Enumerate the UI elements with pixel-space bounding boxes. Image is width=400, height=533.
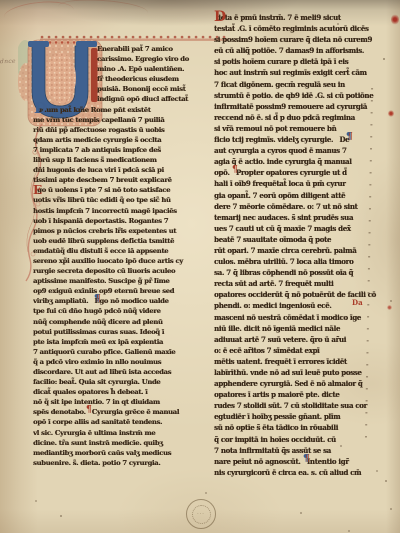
text-line: hostis impfcm̄ 7 incorrectū magē ipaciēs — [33, 206, 206, 216]
text-line: op9 exiguū exīniis op9 eternū breue sed — [33, 286, 206, 296]
text-line: go ū uolens ī pte 7 si nō toto satisface — [33, 185, 206, 195]
text-line: subuenire. s̃. dieta. potio 7 cyrurgia. — [33, 458, 206, 468]
manuscript-page: Enerabili pat̃ 7 amicocarissimo. Egregio… — [0, 0, 400, 533]
text-line: gia opant̃. 7 eorū opōm diligent attē — [214, 190, 393, 201]
text-line: q̃ a pdcō viro eximio in nllo nouimus — [33, 357, 206, 367]
text-line: puisiā. Bononij eccē mist̃ — [97, 84, 206, 94]
text-line: strumtū ē potio. de qb9 idē .G. si cū po… — [214, 90, 393, 101]
text-line: librū sup li faciens s̃ medicationem — [33, 155, 206, 165]
text-line: viribʒ ampliatū. Ego nō modico ualde — [33, 296, 206, 306]
text-line: 7 ficat digōnem. gecm̄ regulā seu in — [214, 79, 393, 90]
text-line: 7 antiquorū curabo pfice. Galienū maxīe — [33, 347, 206, 357]
text-line: sereno xp̃i auxilio iuocato ipō duce art… — [33, 256, 206, 266]
text-line: opatores occiderūt q̃ nō potuērūt de fac… — [214, 289, 393, 300]
text-line: dere 7 mēorie cōmēdare. o: 7 ut nō sint — [214, 201, 393, 212]
text-line: Enerabili pat̃ 7 amico — [97, 44, 206, 54]
text-line: uob eudē librū supplens defictia tsmittē — [33, 236, 206, 246]
text-line: me vr̃m tūc tempis capellanū 7 puiliā — [33, 115, 206, 125]
red-stain-top-right — [391, 14, 399, 25]
text-line: fr̃ theodericus eiusdem — [97, 74, 206, 84]
library-stamp: ··· — [186, 499, 216, 529]
text-line: nare peīut nō agnoscūt. Intentio igr̃ — [214, 456, 393, 467]
text-line: rūt opari. 7 maxīe circa cerebrū. palmā — [214, 245, 393, 256]
text-line: discordare. Ut aut ad librū ista accedas — [33, 367, 206, 377]
text-line: phendi. o: medici ingeniosū ecē. — [214, 300, 393, 311]
text-line: riū dñi pp̃ affectuose rogastis ū uobis — [33, 125, 206, 135]
text-line: aptissime manifesto. Suscipe g̃ pr̃ līme — [33, 276, 206, 286]
text-line: culos. mēbra uiriliū. 7 loca alia timoro — [214, 256, 393, 267]
text-line: sa. 7 q̃ libras cōphendi nō possūt oīa q… — [214, 267, 393, 278]
text-line: qdam artis medicie cyrurgie s̃ occlta — [33, 135, 206, 145]
text-line: temarij nec audaces. s̃ sint prudēs sua — [214, 212, 393, 223]
red-stain-right-margin — [388, 110, 394, 117]
text-line: reccend nō ē. si d̃ p duo pdcā regimina — [214, 112, 393, 123]
text-line: carissimo. Egregio viro do — [97, 54, 206, 64]
text-line: spēs denotabo. Cyrurgia grēce ē manual — [33, 407, 206, 417]
left-text-column: Enerabili pat̃ 7 amicocarissimo. Egregio… — [33, 44, 206, 468]
text-line: icta ē pmū instrm̄. 7 ē meli9 sicut — [214, 12, 393, 23]
text-line: 7 nota infirmitatū q̃s assūt se sa — [214, 445, 393, 456]
text-line: si possim9 hoīem curare q̃ dieta nō cure… — [214, 34, 393, 45]
library-stamp-center: ··· — [192, 505, 211, 524]
text-line: pimos p nūcios crebris lr̃is expetentes … — [33, 226, 206, 236]
text-line: vl sic. Cyrurgia ē ultima instrm̄ me — [33, 428, 206, 438]
red-stain-right-margin-2 — [387, 305, 392, 310]
text-line: opō. Propter opatores cyrurgie ut d̃ — [214, 167, 393, 178]
text-line: si vr̃ā remoui nō pot remouere bn̄ — [214, 123, 393, 134]
text-line: ues 7 cauti ut cū q̃ maxīe 7 magis dex̃ — [214, 223, 393, 234]
text-line: udum pat̃ km̃e Rome pñt existēt — [33, 105, 206, 115]
text-line: aut cyrurgia a cyros quod ē manus 7 — [214, 145, 393, 156]
text-line: pte ista impfcm̄ meū ex ipā expientia — [33, 337, 206, 347]
text-line: indignū opō diucl affectat̃ — [97, 94, 206, 104]
text-line: 7 implicata 7 ab antiquis impfce des̃ — [33, 145, 206, 155]
text-line: mediantibʒ morborū caūs valʒ medicus — [33, 448, 206, 458]
text-line: uotis vr̃is librū tūc edidi q̃ eo tpe si… — [33, 195, 206, 205]
text-line: hoc aut instrm̄ sui regimīs exigit cert̃… — [214, 67, 393, 78]
parchment-specks — [0, 0, 2, 2]
text-line: dicat̃ quales opatores h̃ debeat. ī — [33, 387, 206, 397]
text-line: recta sūt ad artē. 7 frequēt multi — [214, 278, 393, 289]
initial-spacer — [33, 44, 97, 102]
bleedthrough-arc — [57, 0, 148, 22]
text-line: nis cyrurgicorū ē circa ea. s. cū aliud … — [214, 467, 393, 478]
text-line: ficio tcij regimīs. videlʒ cyrurgie. De — [214, 134, 393, 145]
text-line: rurgie secreta deposito cū liuoris acule… — [33, 266, 206, 276]
text-line: testat̃ .G. ī cōmēto regiminis acutorū d… — [214, 23, 393, 34]
text-line: nūq̃ comphende nūq̃ dicere ad plenū — [33, 317, 206, 327]
text-line: agia q̃ ē actio. inde cyrurgia q̃ manual — [214, 156, 393, 167]
text-line: si potis hoīem curare p dietā ipā ī eis — [214, 56, 393, 67]
text-line: tissimi apte descbem 7 breuit explicarē — [33, 175, 206, 185]
text-line: nō q̃ sit ipe intentio. 7 in qt diuidam — [33, 397, 206, 407]
text-line: potui putilissimas curas suas. Ideoq̃ ī — [33, 327, 206, 337]
text-line: emdatūq̃ diu distuli s̃ ecce iā appsente — [33, 246, 206, 256]
text-line: eū cū aliq̃ potiōe. 7 damas9 in afforism… — [214, 45, 393, 56]
text-line: dicine. tr̃a sunt instrā medicīe. quibʒ — [33, 438, 206, 448]
text-line: beatē 7 suauitate oīmoda q̃ pote — [214, 234, 393, 245]
text-line: infirmitatē possim9 remouere ad cyrurgiā — [214, 101, 393, 112]
text-line: tpe fui cū dño hugō pdcō nūq̃ videre — [33, 306, 206, 316]
text-line: dñi hugonis de luca viri ī pdcā sciā pi — [33, 165, 206, 175]
marginal-note: dnce — [0, 58, 16, 66]
text-line: facilio: beat̃. Quia sit cyrurgia. Unde — [33, 377, 206, 387]
text-line: opō ī corpe aliis ad sanitatē tendens. — [33, 417, 206, 427]
text-line: mino .A. Epō ualentiñen. — [97, 64, 206, 74]
text-line: uob ī hispaniā deportastis. Rogantes 7 — [33, 216, 206, 226]
text-line: hali ī oīb9 frequētat̃ loca ū pm̄ cyrur — [214, 178, 393, 189]
